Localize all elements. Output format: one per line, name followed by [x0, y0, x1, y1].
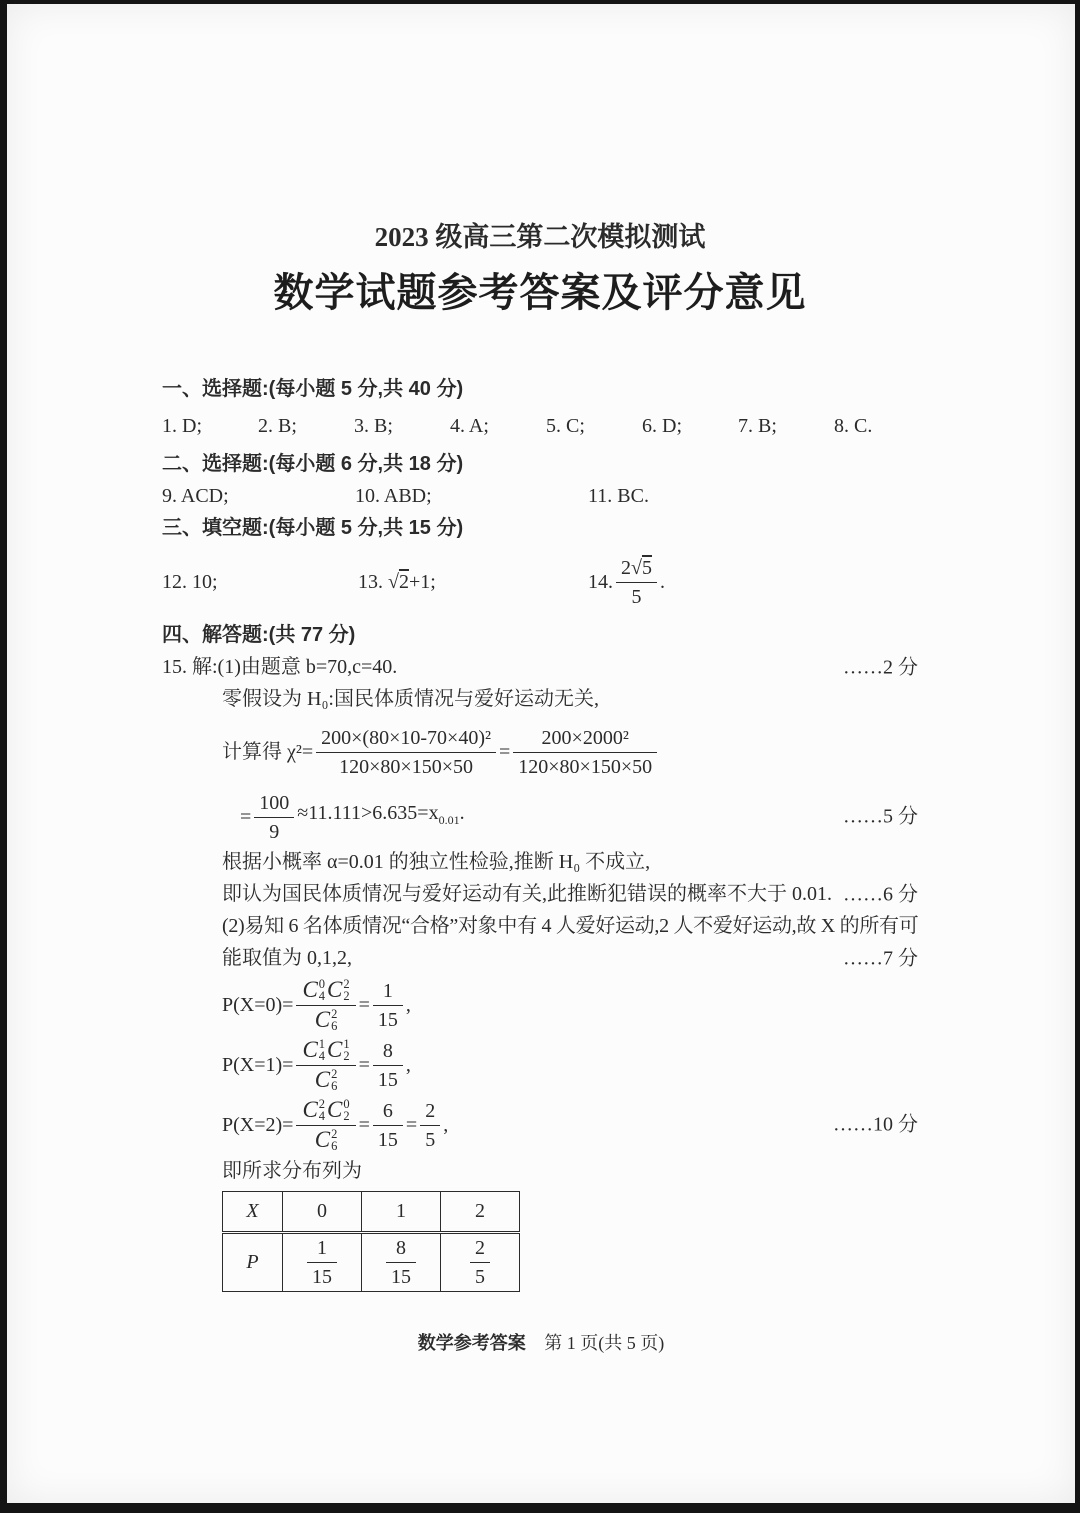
- section4-heading: 四、解答题:(共 77 分): [162, 620, 918, 651]
- answer-q2: 2. B;: [258, 411, 354, 442]
- q15-chi-square-result: = 100 9 ≈11.111>6.635=x0.01. ……5 分: [240, 789, 918, 845]
- fraction-numerator: 1: [373, 979, 403, 1006]
- answer-q14: 14. 25 5 .: [588, 556, 665, 609]
- combination-superscript: 1: [319, 1038, 325, 1050]
- answer-q1: 1. D;: [162, 411, 258, 442]
- answer-q9: 9. ACD;: [162, 481, 355, 512]
- combination-superscript: 2: [331, 1128, 337, 1140]
- sqrt-radical: 5: [631, 557, 652, 579]
- fraction-denominator: C26: [296, 1126, 355, 1153]
- q15-x-values-text: 能取值为 0,1,2,: [222, 947, 352, 969]
- answer-q10: 10. ABD;: [355, 481, 588, 512]
- fraction-denominator: 15: [307, 1263, 337, 1289]
- radicand: 2: [399, 571, 409, 593]
- combination-subscript: 2: [343, 990, 349, 1002]
- fraction-denominator: 5: [470, 1263, 490, 1289]
- fraction-numerator: 200×2000²: [513, 726, 657, 753]
- fraction-numerator: 2: [420, 1099, 440, 1126]
- answer-q3: 3. B;: [354, 411, 450, 442]
- combination-symbol: C: [327, 1098, 342, 1122]
- fraction-denominator: 5: [616, 583, 657, 609]
- fraction-numerator: C24C02: [296, 1098, 355, 1126]
- combination-fraction: C24C02 C26: [296, 1098, 355, 1153]
- fraction-numerator: 6: [373, 1099, 403, 1126]
- page-content: 2023 级高三第二次模拟测试 数学试题参考答案及评分意见 一、选择题:(每小题…: [162, 219, 918, 1292]
- combination-subscript: 6: [331, 1080, 337, 1092]
- answer-q11: 11. BC.: [588, 481, 649, 512]
- combination-symbol: C: [315, 1128, 330, 1152]
- fraction: 8 15: [373, 1039, 403, 1092]
- q15-prob-x1: P(X=1)= C14C12 C26 = 8 15 ,: [222, 1036, 918, 1094]
- equals-sign: =: [406, 1110, 417, 1141]
- fraction-denominator: 15: [373, 1066, 403, 1092]
- prob-lhs: P(X=1)=: [222, 1050, 293, 1081]
- fraction: 25 5: [616, 556, 657, 609]
- combination-symbol: C: [315, 1008, 330, 1032]
- fraction-numerator: 8: [386, 1236, 416, 1263]
- combination-subscript: 6: [331, 1140, 337, 1152]
- q15-chi-square-formula: 计算得 χ²= 200×(80×10-70×40)² 120×80×150×50…: [222, 717, 918, 787]
- comma: ,: [443, 1110, 448, 1141]
- section3-heading: 三、填空题:(每小题 5 分,共 15 分): [162, 513, 918, 544]
- combination-subscript: 4: [319, 990, 325, 1002]
- answer-q4: 4. A;: [450, 411, 546, 442]
- combination: C14: [302, 1038, 325, 1062]
- fraction: 1 15: [373, 979, 403, 1032]
- combination-subscript: 2: [343, 1050, 349, 1062]
- table-p-value-0: 115: [283, 1233, 362, 1292]
- comma: ,: [406, 990, 411, 1021]
- answer-q14-prefix: 14.: [588, 567, 613, 598]
- critical-value-subscript: 0.01: [439, 813, 460, 827]
- photo-frame: 2023 级高三第二次模拟测试 数学试题参考答案及评分意见 一、选择题:(每小题…: [0, 0, 1080, 1513]
- equals-sign: =: [499, 737, 510, 768]
- q15-conclusion-text: 即认为国民体质情况与爱好运动有关,此推断犯错误的概率不大于 0.01.: [222, 883, 832, 905]
- combination: C02: [327, 1098, 350, 1122]
- combination-superscript: 2: [331, 1008, 337, 1020]
- fraction-numerator: 100: [254, 791, 294, 818]
- fraction-denominator: 120×80×150×50: [316, 753, 496, 779]
- combination-fraction: C04C22 C26: [296, 978, 355, 1033]
- fraction: 100 9: [254, 791, 294, 844]
- fraction: 200×2000² 120×80×150×50: [513, 726, 657, 779]
- q15-prob-x2: P(X=2)= C24C02 C26 = 6 15 = 2 5 , ……10 分: [222, 1096, 918, 1154]
- table-x-value-1: 1: [362, 1192, 441, 1233]
- fraction-numerator: 2: [470, 1236, 490, 1263]
- combination-subscript: 2: [343, 1110, 349, 1122]
- fraction-denominator: C26: [296, 1006, 355, 1033]
- combination: C24: [302, 1098, 325, 1122]
- score-mark-10: ……10 分: [833, 1110, 918, 1141]
- fraction: 25: [470, 1236, 490, 1289]
- combination-superscript: 1: [343, 1038, 349, 1050]
- page-footer: 数学参考答案 第 1 页(共 5 页): [7, 1330, 1075, 1356]
- q15-step1-text: 15. 解:(1)由题意 b=70,c=40.: [162, 656, 397, 678]
- combination-symbol: C: [302, 978, 317, 1002]
- score-mark-7: ……7 分: [843, 943, 918, 974]
- period: .: [460, 802, 465, 824]
- distribution-table: X 0 1 2 P 115 815 25: [222, 1191, 520, 1292]
- fraction-numerator: 200×(80×10-70×40)²: [316, 726, 496, 753]
- score-mark-6: ……6 分: [843, 879, 918, 910]
- equals-sign: =: [359, 990, 370, 1021]
- section1-heading: 一、选择题:(每小题 5 分,共 40 分): [162, 374, 918, 405]
- combination-superscript: 2: [331, 1068, 337, 1080]
- table-header-x: X: [223, 1192, 283, 1233]
- fraction-denominator: 15: [373, 1126, 403, 1152]
- combination-superscript: 0: [319, 978, 325, 990]
- q15-part2-setup: (2)易知 6 名体质情况“合格”对象中有 4 人爱好运动,2 人不爱好运动,故…: [222, 911, 918, 942]
- answer-q13: 13. 2+1;: [358, 567, 588, 598]
- combination-symbol: C: [302, 1098, 317, 1122]
- answer-q13-prefix: 13.: [358, 571, 388, 593]
- sqrt-radical: 2: [388, 571, 409, 593]
- section1-answers: 1. D; 2. B; 3. B; 4. A; 5. C; 6. D; 7. B…: [162, 411, 918, 442]
- table-row-x: X 0 1 2: [223, 1192, 520, 1233]
- fraction: 815: [386, 1236, 416, 1289]
- combination: C04: [302, 978, 325, 1002]
- chi-formula-lead: 计算得 χ²=: [222, 737, 313, 768]
- table-x-value-2: 2: [441, 1192, 520, 1233]
- q15-conclusion: 即认为国民体质情况与爱好运动有关,此推断犯错误的概率不大于 0.01. ……6 …: [222, 879, 918, 910]
- comparison-text: ≈11.111>6.635=x: [297, 802, 438, 824]
- section3-answers: 12. 10; 13. 2+1; 14. 25 5 .: [162, 546, 918, 618]
- combination: C26: [315, 1128, 338, 1152]
- score-mark-2: ……2 分: [843, 652, 918, 683]
- answer-q13-suffix: +1;: [409, 571, 436, 593]
- q15-prob-x0: P(X=0)= C04C22 C26 = 1 15 ,: [222, 976, 918, 1034]
- combination-symbol: C: [327, 978, 342, 1002]
- fraction-denominator: 120×80×150×50: [513, 753, 657, 779]
- fraction-denominator: 15: [373, 1006, 403, 1032]
- coefficient: 2: [621, 557, 631, 579]
- answer-q8: 8. C.: [834, 411, 872, 442]
- answer-q6: 6. D;: [642, 411, 738, 442]
- combination-superscript: 0: [343, 1098, 349, 1110]
- fraction-denominator: C26: [296, 1066, 355, 1093]
- combination-symbol: C: [327, 1038, 342, 1062]
- combination: C12: [327, 1038, 350, 1062]
- combination-symbol: C: [302, 1038, 317, 1062]
- fraction-denominator: 5: [420, 1126, 440, 1152]
- combination: C22: [327, 978, 350, 1002]
- fraction-numerator: C14C12: [296, 1038, 355, 1066]
- comma: ,: [406, 1050, 411, 1081]
- footer-page-number: 第 1 页(共 5 页): [544, 1333, 664, 1353]
- radicand: 5: [642, 557, 652, 579]
- exam-session-title: 2023 级高三第二次模拟测试: [162, 219, 918, 255]
- combination-symbol: C: [315, 1068, 330, 1092]
- fraction-numerator: 1: [307, 1236, 337, 1263]
- equals-sign: =: [240, 802, 251, 833]
- combination: C26: [315, 1008, 338, 1032]
- table-x-value-0: 0: [283, 1192, 362, 1233]
- table-p-value-1: 815: [362, 1233, 441, 1292]
- fraction: 6 15: [373, 1099, 403, 1152]
- equals-sign: =: [359, 1110, 370, 1141]
- table-header-p: P: [223, 1233, 283, 1292]
- answer-q14-suffix: .: [660, 567, 665, 598]
- fraction-numerator: 8: [373, 1039, 403, 1066]
- answer-sheet-page: 2023 级高三第二次模拟测试 数学试题参考答案及评分意见 一、选择题:(每小题…: [7, 4, 1075, 1503]
- prob-lhs: P(X=0)=: [222, 990, 293, 1021]
- q15-step1: 15. 解:(1)由题意 b=70,c=40. ……2 分: [162, 652, 918, 683]
- combination-subscript: 6: [331, 1020, 337, 1032]
- score-mark-5: ……5 分: [843, 802, 918, 833]
- combination-superscript: 2: [319, 1098, 325, 1110]
- section2-answers: 9. ACD; 10. ABD; 11. BC.: [162, 481, 918, 512]
- prob-lhs: P(X=2)=: [222, 1110, 293, 1141]
- combination-superscript: 2: [343, 978, 349, 990]
- distribution-table-intro: 即所求分布列为: [222, 1156, 918, 1187]
- footer-document-label: 数学参考答案: [418, 1333, 526, 1353]
- equals-sign: =: [359, 1050, 370, 1081]
- combination: C26: [315, 1068, 338, 1092]
- combination-fraction: C14C12 C26: [296, 1038, 355, 1093]
- q15-null-hypothesis: 零假设为 H₀:国民体质情况与爱好运动无关,: [222, 684, 918, 715]
- fraction: 2 5: [420, 1099, 440, 1152]
- section2-heading: 二、选择题:(每小题 6 分,共 18 分): [162, 449, 918, 480]
- fraction-denominator: 9: [254, 818, 294, 844]
- q15-alpha-test: 根据小概率 α=0.01 的独立性检验,推断 H₀ 不成立,: [222, 847, 918, 878]
- table-row-p: P 115 815 25: [223, 1233, 520, 1292]
- table-p-value-2: 25: [441, 1233, 520, 1292]
- combination-subscript: 4: [319, 1050, 325, 1062]
- fraction-numerator: 25: [616, 556, 657, 583]
- fraction: 200×(80×10-70×40)² 120×80×150×50: [316, 726, 496, 779]
- q15-x-values: 能取值为 0,1,2, ……7 分: [222, 943, 918, 974]
- answer-q12: 12. 10;: [162, 567, 358, 598]
- answer-q5: 5. C;: [546, 411, 642, 442]
- fraction: 115: [307, 1236, 337, 1289]
- answer-q7: 7. B;: [738, 411, 834, 442]
- result-comparison: ≈11.111>6.635=x0.01.: [297, 798, 464, 836]
- combination-subscript: 4: [319, 1110, 325, 1122]
- fraction-denominator: 15: [386, 1263, 416, 1289]
- fraction-numerator: C04C22: [296, 978, 355, 1006]
- document-title: 数学试题参考答案及评分意见: [162, 267, 918, 319]
